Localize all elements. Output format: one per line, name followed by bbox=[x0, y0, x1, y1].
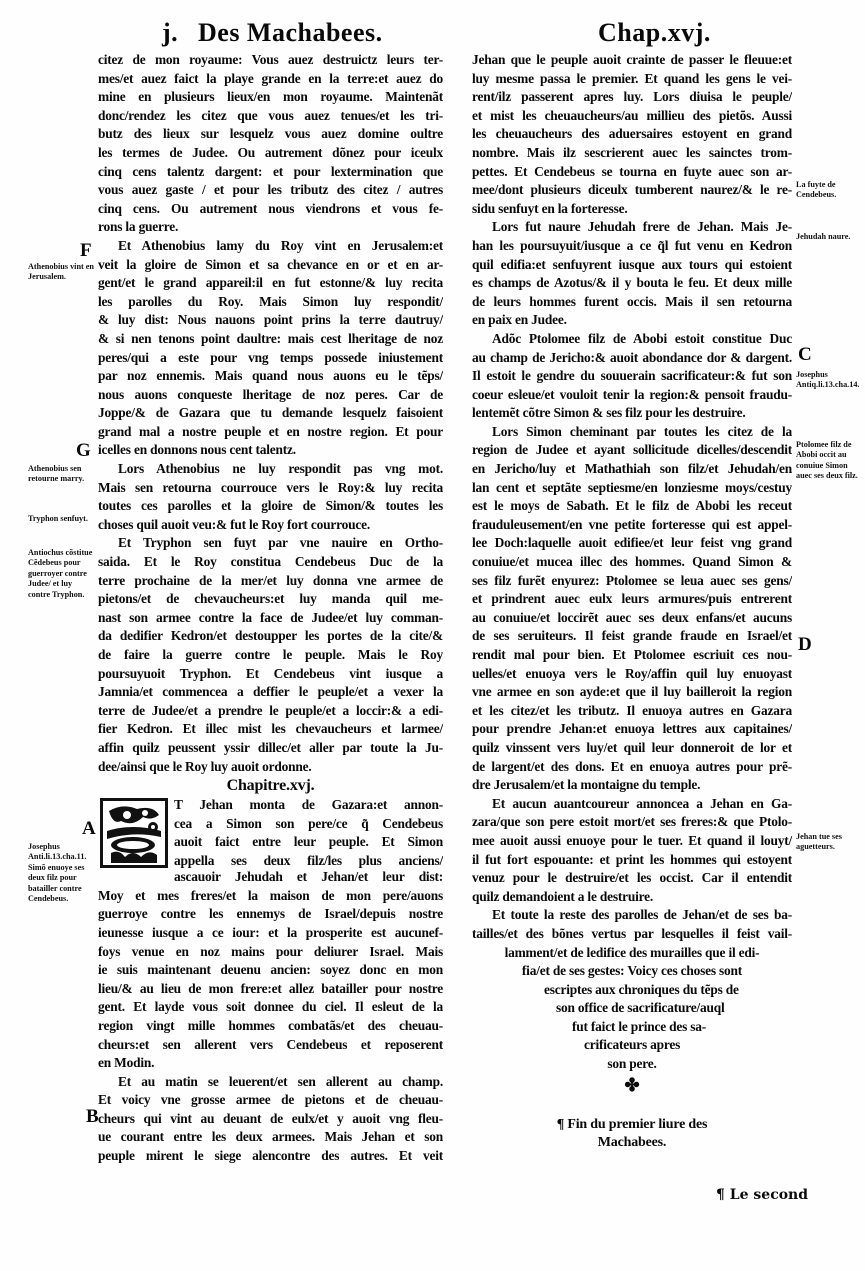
text-line: T Jehan monta de Gazara:et annon- bbox=[174, 796, 443, 815]
text-line: ieunesse iusque a ce iour: et la prosper… bbox=[98, 924, 443, 943]
text-line: gent. Et layde vous soit donnee du ciel.… bbox=[98, 998, 443, 1017]
text-line: fut faict le prince des sa- bbox=[472, 1018, 792, 1037]
margin-note: La fuyte de Cendebeus. bbox=[796, 180, 858, 201]
text-line: nombre. Mais ilz sescrierent auec les sa… bbox=[472, 144, 792, 163]
section-letter: G bbox=[76, 440, 91, 462]
text-line: nast son armee contre la face de Judee/e… bbox=[98, 609, 443, 628]
text-line: cinq cens. Ou autrement nous viendrons e… bbox=[98, 200, 443, 219]
text-line: lieu/& au lieu de mon frere:et allez bat… bbox=[98, 980, 443, 999]
section-letter: D bbox=[798, 634, 812, 656]
chapter-header: Chap.xvj. bbox=[598, 18, 711, 48]
text-line: pour prendre Jehan:et enuoya lettres aux… bbox=[472, 720, 792, 739]
text-line: lan cent et septãte septiesme/en lonzies… bbox=[472, 479, 792, 498]
text-line: terre prochaine de la mer/et luy donna v… bbox=[98, 572, 443, 591]
section-letter: B bbox=[86, 1106, 99, 1128]
text-line: Lors Athenobius ne luy respondit pas vng… bbox=[98, 460, 443, 479]
text-line: & si nen tenons point daultre: mais cest… bbox=[98, 330, 443, 349]
text-line: fier Kedron. Et illec mist les chevauche… bbox=[98, 720, 443, 739]
text-line: Adõc Ptolomee filz de Abobi estoit const… bbox=[472, 330, 792, 349]
text-line: region vingt mille hommes combatãs/et de… bbox=[98, 1017, 443, 1036]
text-line: region de Judee et ayant sollicitude dic… bbox=[472, 441, 792, 460]
text-line: uelles/et enuoya vers le Roy/affin quil … bbox=[472, 665, 792, 684]
text-line: ue courant entre les deux armees. Mais J… bbox=[98, 1128, 443, 1147]
text-line: mine en plusieurs lieux/en mon royaume. … bbox=[98, 88, 443, 107]
text-line: auoit faict entre leur peuple. Et Simon bbox=[174, 833, 443, 852]
margin-note: Athenobius vint en Jerusalem. bbox=[28, 262, 94, 283]
text-line: mee/dont plusieurs diceulx tumberent nau… bbox=[472, 181, 792, 200]
text-line: es champs de Azotus/& il y bouta le feu.… bbox=[472, 274, 792, 293]
catchword: ¶ Le second bbox=[716, 1187, 808, 1203]
text-line: da dedifier Kedron/et destoupper les por… bbox=[98, 627, 443, 646]
text-line: ses filz furẽt enyurez: Ptolomee se leua… bbox=[472, 572, 792, 591]
text-line: escriptes aux chroniques du tẽps de bbox=[472, 981, 792, 1000]
text-line: en Modin. bbox=[98, 1054, 443, 1073]
text-line: butz des lieux sur lesquelz vous auez do… bbox=[98, 125, 443, 144]
margin-note: Athenobius sen retourne marry. bbox=[28, 464, 94, 485]
margin-note: Jehudah naure. bbox=[796, 232, 858, 242]
text-line: Mais sen retourna courrouce vers le Roy:… bbox=[98, 479, 443, 498]
text-line: poursuyuoit Tryphon. Et Cendebeus vint i… bbox=[98, 665, 443, 684]
text-line: Et Tryphon sen fuyt par vne nauire en Or… bbox=[98, 534, 443, 553]
text-line: toutes ces parolles et la gloire de Simo… bbox=[98, 497, 443, 516]
text-line: icelles en donnons nous cent talentz. bbox=[98, 441, 443, 460]
text-line: Et voicy vne grosse armee de pietons et … bbox=[98, 1091, 443, 1110]
text-line: les termes de Judee. Ou autrement dõnez … bbox=[98, 144, 443, 163]
text-line: mes/et auez faict la playe grande en la … bbox=[98, 70, 443, 89]
text-line: Il estoit le gendre du souuerain sacrifi… bbox=[472, 367, 792, 386]
text-line: venuz pour le destruire/et les occist. C… bbox=[472, 869, 792, 888]
decorated-initial: E bbox=[100, 798, 168, 868]
text-line: quil edifia:et senfuyrent iusque aux tou… bbox=[472, 256, 792, 275]
text-line: ascauoir Jehudah et Jehan/et leur dist: bbox=[174, 868, 443, 887]
text-line: crificateurs apres bbox=[472, 1036, 792, 1055]
margin-note: Josephus Anti.li.13.cha.11. Simõ enuoye … bbox=[28, 842, 94, 904]
folio-number: j. bbox=[162, 18, 178, 48]
text-line: grand mal a nostre peuple et en nostre r… bbox=[98, 423, 443, 442]
text-line: Moy et mes freres/et la maison de mon pe… bbox=[98, 887, 443, 906]
text-line: est le moys de Sabath. Et le filz de Abo… bbox=[472, 497, 792, 516]
text-line: nous auons conqueste lheritage de noz pe… bbox=[98, 386, 443, 405]
text-line: cheurs qui vint au deuant de eulx/et y a… bbox=[98, 1110, 443, 1129]
text-line: affin quilz peussent yssir dillec/et all… bbox=[98, 739, 443, 758]
text-line: cheurs:et sen allerent vers Cendebeus et… bbox=[98, 1036, 443, 1055]
text-line: Lors Simon cheminant par toutes les cite… bbox=[472, 423, 792, 442]
margin-note: Jehan tue ses aguetteurs. bbox=[796, 832, 858, 853]
text-line: saida. Et le Roy constitua Cendebeus Duc… bbox=[98, 553, 443, 572]
colophon-line: ¶ Fin du premier liure des bbox=[472, 1116, 792, 1134]
text-line: sidu senfuyt en la forteresse. bbox=[472, 200, 792, 219]
text-line: tailles/et des bõnes vertus par lesquell… bbox=[472, 925, 792, 944]
text-line: au champ de Jericho:& auoit abondance do… bbox=[472, 349, 792, 368]
text-line: dre Jerusalem/et la montaigne du temple. bbox=[472, 776, 792, 795]
text-line: vne armee en son ayde:et que il luy bail… bbox=[472, 683, 792, 702]
text-line: veit la gloire de Simon et sa chevance e… bbox=[98, 256, 443, 275]
text-line: pettes. Et Cendebeus se tourna en fuyte … bbox=[472, 163, 792, 182]
text-line: & luy dist: Nous nauons point prins la t… bbox=[98, 311, 443, 330]
text-line: en Jericho/luy et Mathathiah son filz/et… bbox=[472, 460, 792, 479]
margin-note: Tryphon senfuyt. bbox=[28, 514, 94, 524]
text-line: conuiue/et mucea illec des hommes. Quand… bbox=[472, 553, 792, 572]
running-title: Des Machabees. bbox=[198, 18, 383, 48]
text-line: quilz vinssent vers luy/et quil leur don… bbox=[472, 739, 792, 758]
text-line: guerroye contre les ennemys de Israel/de… bbox=[98, 905, 443, 924]
text-line: de largent/et des dons. Et en enuoya aut… bbox=[472, 758, 792, 777]
fleuron-ornament-icon: ✤ bbox=[472, 1074, 792, 1098]
text-line: Jehan que le peuple auoit crainte de pas… bbox=[472, 51, 792, 70]
text-line: lentemẽt cõtre Simon & ses filz pour les… bbox=[472, 404, 792, 423]
text-line: de leurs hommes furent occis. Mais il se… bbox=[472, 293, 792, 312]
text-line: peuple mirent le siege alencontre des au… bbox=[98, 1147, 443, 1166]
margin-note: Ptolomee filz de Abobi occit au conuiue … bbox=[796, 440, 858, 482]
text-line: Et Athenobius lamy du Roy vint en Jerusa… bbox=[98, 237, 443, 256]
text-line: les cheuaucheurs des aduersaires estoyen… bbox=[472, 125, 792, 144]
text-line: son office de sacrificature/auql bbox=[472, 999, 792, 1018]
dropcap-text: T Jehan monta de Gazara:et annon- cea a … bbox=[174, 796, 443, 870]
chapter-heading: Chapitre.xvj. bbox=[98, 776, 443, 796]
chapter-opening: E T Jehan monta de Gazara:et annon- cea … bbox=[98, 796, 443, 870]
text-line: Et toute la reste des parolles de Jehan/… bbox=[472, 906, 792, 925]
text-line: terre de Judee/et a prendre le peuple/et… bbox=[98, 702, 443, 721]
text-line: Et au matin se leuerent/et sen allerent … bbox=[98, 1073, 443, 1092]
text-line: lamment/et de ledifice des murailles que… bbox=[472, 944, 792, 963]
text-line: zara/que son pere estoit mort/et ses fre… bbox=[472, 813, 792, 832]
text-line: gent/et le grand appareil:il en fut esto… bbox=[98, 274, 443, 293]
text-line: par noz ennemis. Mais quand nous auons e… bbox=[98, 367, 443, 386]
text-line: il fut fort espouante: et print les homm… bbox=[472, 851, 792, 870]
text-line: ie suis maintenant deuenu ancien: soyez … bbox=[98, 961, 443, 980]
text-line: citez de mon royaume: Vous auez destruic… bbox=[98, 51, 443, 70]
text-line: rendit mal pour bien. Et Ptolomee escriu… bbox=[472, 646, 792, 665]
section-letter: C bbox=[798, 344, 812, 366]
text-line: vous auez gaste / et pour les tributz de… bbox=[98, 181, 443, 200]
colophon-line: Machabees. bbox=[472, 1134, 792, 1152]
text-line: appella ses deux filz/les plus anciens/ bbox=[174, 852, 443, 871]
text-line: cea a Simon son pere/ce q̃ Cendebeus bbox=[174, 815, 443, 834]
text-line: lee Doch:laquelle auoit edifiee/et leur … bbox=[472, 534, 792, 553]
text-line: les parolles du Roy. Mais Simon luy resp… bbox=[98, 293, 443, 312]
text-line: en paix en Judee. bbox=[472, 311, 792, 330]
text-line: mee auoit aussi enuoye pour le tuer. Et … bbox=[472, 832, 792, 851]
text-line: foys venue en noz mains pour deliurer Is… bbox=[98, 943, 443, 962]
text-line: au conuiue/et loccirẽt auec ses deux enf… bbox=[472, 609, 792, 628]
section-letter: A bbox=[82, 818, 96, 840]
text-line: Et aucun auantcoureur annoncea a Jehan e… bbox=[472, 795, 792, 814]
text-line: choses quil auoit veu:& fut le Roy fort … bbox=[98, 516, 443, 535]
text-line: luy mesme passa le premier. Et quand les… bbox=[472, 70, 792, 89]
text-line: son pere. bbox=[472, 1055, 792, 1074]
text-line: peres/qui a este pour vng temps possede … bbox=[98, 349, 443, 368]
text-line: de ses seruiteurs. Il feist grande fraud… bbox=[472, 627, 792, 646]
text-line: et mist les cheuaucheurs/au millieu des … bbox=[472, 107, 792, 126]
text-line: et prindrent auec eulx leurs armures/pui… bbox=[472, 590, 792, 609]
text-line: pietons/et de chevaucheurs:et luy manda … bbox=[98, 590, 443, 609]
text-line: Joppe/& de Gazara que tu demande lesquel… bbox=[98, 404, 443, 423]
text-line: cinq cens talentz dargent: et pour lexte… bbox=[98, 163, 443, 182]
text-line: frauduleusement/en vne petite forteresse… bbox=[472, 516, 792, 535]
margin-note: Josephus Antiq.li.13.cha.14. bbox=[796, 370, 858, 391]
left-text-column: citez de mon royaume: Vous auez destruic… bbox=[98, 51, 443, 1166]
right-text-column: Jehan que le peuple auoit crainte de pas… bbox=[472, 51, 792, 1152]
text-line: Jamnia/et commencea a deffier le peuple/… bbox=[98, 683, 443, 702]
text-line: rons la guerre. bbox=[98, 218, 443, 237]
text-line: donc/rendez les citez que vous auez tenu… bbox=[98, 107, 443, 126]
text-line: Lors fut naure Jehudah frere de Jehan. M… bbox=[472, 218, 792, 237]
text-line: dee/ainsi que le Roy luy auoit ordonne. bbox=[98, 758, 443, 777]
text-line: coeur esleue/et vouloit tenir la region:… bbox=[472, 386, 792, 405]
text-line: de faire la guerre contre le peuple. Mai… bbox=[98, 646, 443, 665]
text-line: et les citez/et les tributz. Il enuoya a… bbox=[472, 702, 792, 721]
text-line: rent/ilz passerent apres luy. Lors diuis… bbox=[472, 88, 792, 107]
ornament-icon: E bbox=[103, 801, 165, 865]
section-letter: F bbox=[80, 240, 92, 262]
margin-note: Antiochus cõstitue Cẽdebeus pour guerroy… bbox=[28, 548, 94, 600]
text-line: quilz demandoient a le destruire. bbox=[472, 888, 792, 907]
text-line: han les poursuyuit/iusque a ce q̃l fut v… bbox=[472, 237, 792, 256]
book-page: j. Des Machabees. Chap.xvj. citez de mon… bbox=[0, 0, 865, 1271]
text-line: fia/et de ses gestes: Voicy ces choses s… bbox=[472, 962, 792, 981]
